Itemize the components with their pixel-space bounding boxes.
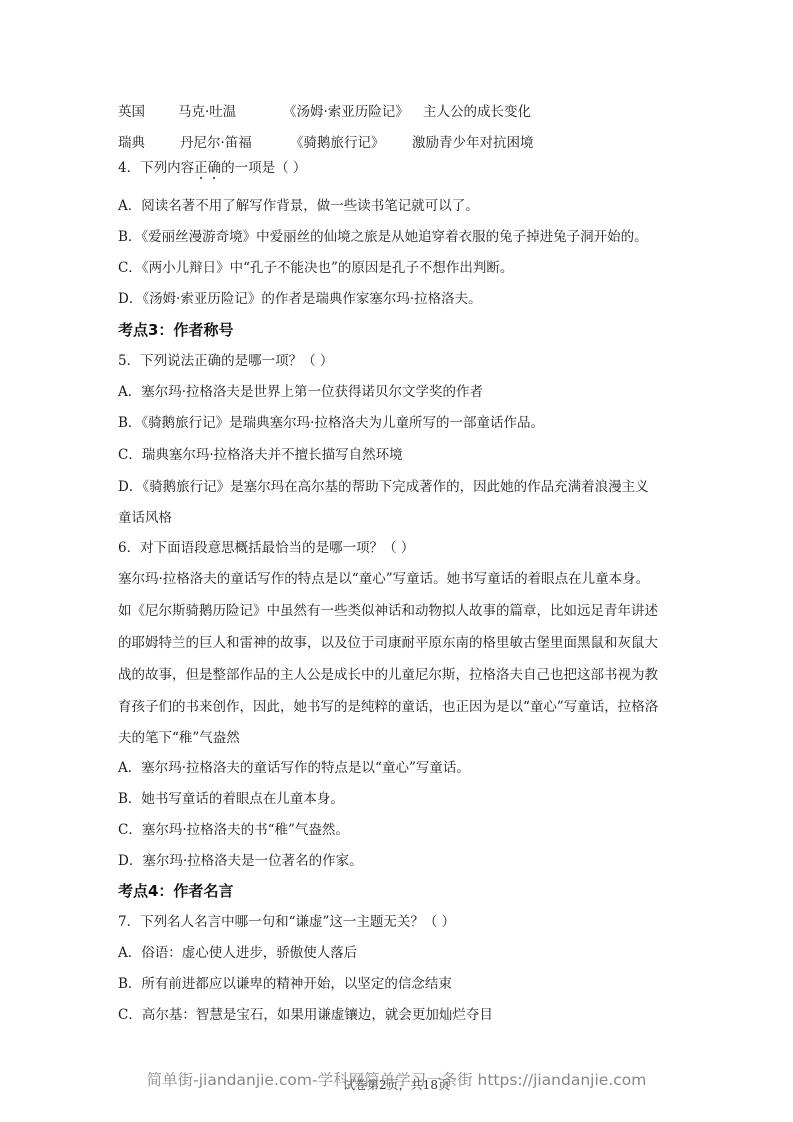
question-7-option-c: C．高尔基：智慧是宝石，如果用谦虚镶边，就会更加灿烂夺目	[118, 1005, 493, 1025]
author-cell: 马克·吐温	[178, 102, 236, 122]
emphasis-char: 正	[194, 160, 208, 176]
stem-text: 的一项是（ ）	[221, 160, 306, 176]
country-cell: 英国	[118, 102, 145, 122]
question-6-option-d: D．塞尔玛·拉格洛夫是一位著名的作家。	[118, 851, 363, 871]
passage-line: 塞尔玛·拉格洛夫的童话写作的特点是以“童心”写童话。她书写童话的着眼点在儿童本身…	[118, 569, 649, 589]
stem-text: 4．下列内容	[118, 160, 194, 176]
work-cell: 《骑鹅旅行记》	[290, 133, 385, 153]
question-6-option-a: A．塞尔玛·拉格洛夫的童话写作的特点是以“童心”写童话。	[118, 758, 470, 778]
question-4-option-c: C．《两小儿辩日》中“孔子不能决也”的原因是孔子不想作出判断。	[118, 258, 513, 278]
question-4-option-d: D．《汤姆·索亚历险记》的作者是瑞典作家塞尔玛·拉格洛夫。	[118, 289, 482, 309]
passage-line: 战的故事，但是整部作品的主人公是成长中的儿童尼尔斯，拉格洛夫自己也把这部书视为教	[118, 665, 658, 685]
work-cell: 《汤姆·索亚历险记》	[283, 102, 409, 122]
question-4-stem: 4．下列内容正确的一项是（ ）	[118, 158, 306, 178]
question-4-option-a: A．阅读名著不用了解写作背景，做一些读书笔记就可以了。	[118, 196, 479, 216]
question-6-stem: 6．对下面语段意思概括最恰当的是哪一项？（ ）	[118, 538, 414, 558]
question-5-option-b: B．《骑鹅旅行记》是瑞典塞尔玛·拉格洛夫为儿童所写的一部童话作品。	[118, 413, 544, 433]
country-cell: 瑞典	[118, 133, 145, 153]
section-heading-3: 考点3：作者称号	[118, 319, 233, 341]
passage-line: 夫的笔下“稚”气盎然	[118, 728, 240, 748]
passage-line: 育孩子们的书来创作，因此，她书写的是纯粹的童话，也正因为是以“童心”写童话，拉格…	[118, 697, 658, 717]
question-5-option-d-continued: 童话风格	[118, 508, 172, 528]
author-cell: 丹尼尔·笛福	[180, 133, 252, 153]
question-5-option-a: A．塞尔玛·拉格洛夫是世界上第一位获得诺贝尔文学奖的作者	[118, 382, 483, 402]
theme-cell: 主人公的成长变化	[423, 102, 531, 122]
question-7-option-a: A．俗语：虚心使人进步，骄傲使人落后	[118, 943, 357, 963]
question-7-stem: 7．下列名人名言中哪一句和“谦虚”这一主题无关？（ ）	[118, 912, 455, 932]
passage-line: 如《尼尔斯骑鹅历险记》中虽然有一些类似神话和动物拟人故事的篇章，比如远足青年讲述	[118, 601, 658, 621]
watermark-text: 简单街-jiandanjie.com-学科网简单学习一条街 https://ji…	[0, 1068, 793, 1090]
theme-cell: 激励青少年对抗困境	[412, 133, 534, 153]
question-5-option-c: C．瑞典塞尔玛·拉格洛夫并不擅长描写自然环境	[118, 445, 403, 465]
passage-line: 的耶姆特兰的巨人和雷神的故事，以及位于司康耐平原东南的格里敏古堡里面黑鼠和灰鼠大	[118, 633, 658, 653]
question-6-option-b: B．她书写童话的着眼点在儿童本身。	[118, 789, 344, 809]
question-4-option-b: B．《爱丽丝漫游奇境》中爱丽丝的仙境之旅是从她追穿着衣服的兔子掉进兔子洞开始的。	[118, 227, 648, 247]
question-7-option-b: B．所有前进都应以谦卑的精神开始，以坚定的信念结束	[118, 974, 452, 994]
question-5-stem: 5．下列说法正确的是哪一项？（ ）	[118, 351, 333, 371]
section-heading-4: 考点4：作者名言	[118, 880, 233, 902]
question-6-option-c: C．塞尔玛·拉格洛夫的书“稚”气盎然。	[118, 820, 349, 840]
question-5-option-d: D．《骑鹅旅行记》是塞尔玛在高尔基的帮助下完成著作的，因此她的作品充满着浪漫主义	[118, 477, 649, 497]
emphasis-char: 确	[208, 160, 222, 176]
